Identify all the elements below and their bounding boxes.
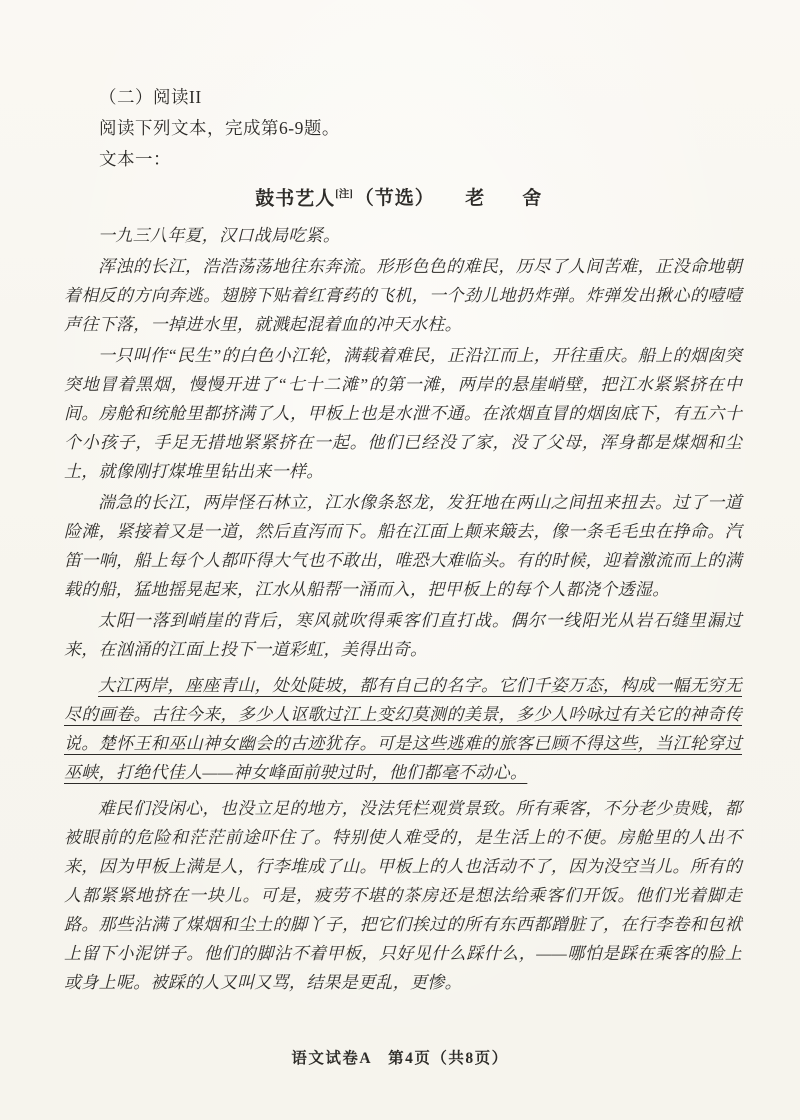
body-paragraph-4: 湍急的长江，两岸怪石林立，江水像条怒龙，发狂地在两山之间扭来扭去。过了一道险滩，… xyxy=(64,488,742,604)
section-header: （二）阅读II 阅读下列文本，完成第6-9题。 文本一： xyxy=(64,82,742,175)
article-author: 老 舍 xyxy=(465,188,551,209)
body-paragraph-7: 难民们没闲心，也没立足的地方，没法凭栏观赏景致。所有乘客，不分老少贵贱，都被眼前… xyxy=(64,794,742,997)
footnote-marker: [注] xyxy=(335,189,353,200)
article-subtitle: （节选） xyxy=(355,188,435,209)
exam-page: （二）阅读II 阅读下列文本，完成第6-9题。 文本一： 鼓书艺人[注]（节选）… xyxy=(0,0,800,1120)
article-body: 一九三八年夏，汉口战局吃紧。 浑浊的长江，浩浩荡荡地往东奔流。形形色色的难民，历… xyxy=(64,221,742,997)
article-title-line: 鼓书艺人[注]（节选）老 舍 xyxy=(64,180,742,214)
text-one-label: 文本一： xyxy=(64,144,742,175)
body-paragraph-2: 浑浊的长江，浩浩荡荡地往东奔流。形形色色的难民，历尽了人间苦难，正没命地朝着相反… xyxy=(64,252,742,339)
section-heading: （二）阅读II xyxy=(64,82,742,113)
page-footer: 语文试卷A 第4页（共8页） xyxy=(0,1046,800,1068)
body-paragraph-1: 一九三八年夏，汉口战局吃紧。 xyxy=(64,221,742,250)
body-paragraph-3: 一只叫作“民生”的白色小江轮，满载着难民，正沿江而上，开往重庆。船上的烟囱突突地… xyxy=(64,341,742,486)
body-paragraph-5: 太阳一落到峭崖的背后，寒风就吹得乘客们直打战。偶尔一线阳光从岩石缝里漏过来，在汹… xyxy=(64,606,742,664)
instruction-line: 阅读下列文本，完成第6-9题。 xyxy=(64,113,742,144)
underlined-paragraph: 大江两岸，座座青山，处处陡坡，都有自己的名字。它们千姿万态，构成一幅无穷无尽的画… xyxy=(64,671,742,787)
article-title: 鼓书艺人 xyxy=(255,188,335,209)
